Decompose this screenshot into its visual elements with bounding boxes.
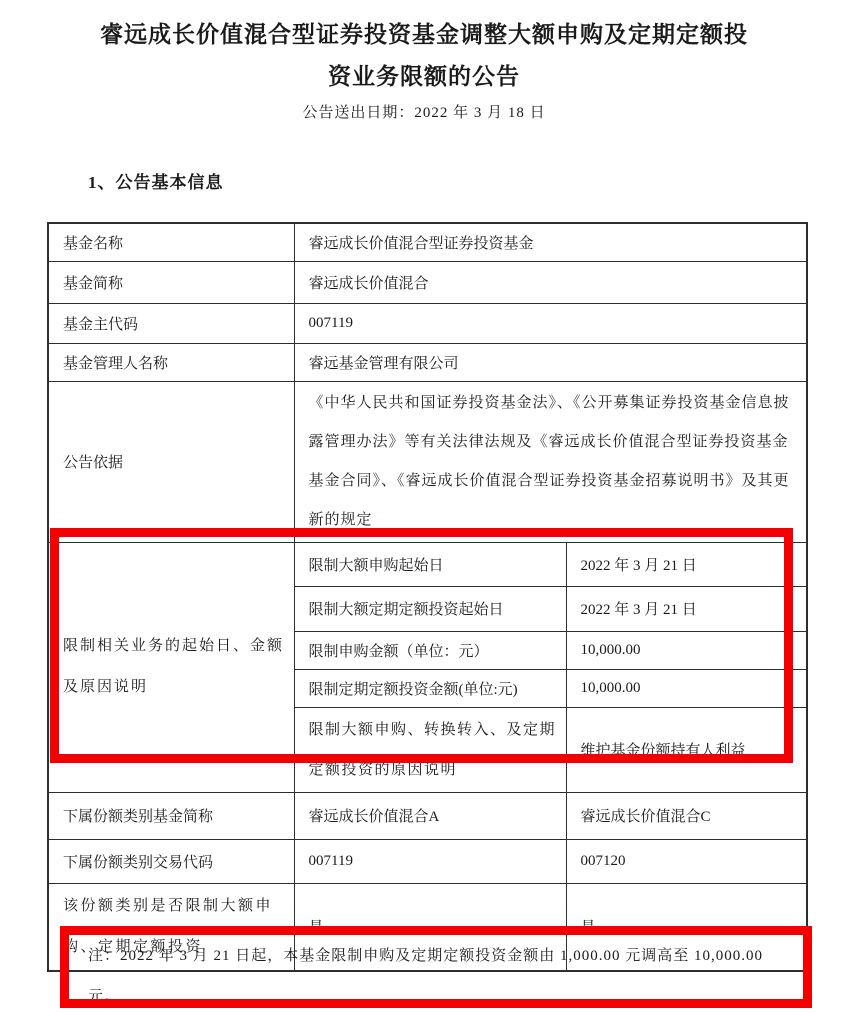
fund-short-name-value: 睿远成长价值混合 bbox=[294, 261, 807, 303]
restriction-purchase-amount-value: 10,000.00 bbox=[566, 631, 807, 669]
table-row-fund-short-name: 基金简称 睿远成长价值混合 bbox=[48, 261, 807, 303]
restriction-aip-amount-value: 10,000.00 bbox=[566, 669, 807, 707]
restriction-group-label: 限制相关业务的起始日、金额及原因说明 bbox=[48, 542, 294, 792]
share-class-a-trade-code: 007119 bbox=[294, 839, 566, 883]
table-row-fund-name: 基金名称 睿远成长价值混合型证券投资基金 bbox=[48, 223, 807, 261]
share-class-c-trade-code: 007120 bbox=[566, 839, 807, 883]
section-heading-basic-info: 1、公告基本信息 bbox=[88, 168, 224, 193]
fund-short-name-label: 基金简称 bbox=[48, 261, 294, 303]
announcement-basis-label: 公告依据 bbox=[48, 381, 294, 542]
share-class-short-name-label: 下属份额类别基金简称 bbox=[48, 792, 294, 839]
fund-name-label: 基金名称 bbox=[48, 223, 294, 261]
restriction-reason-label: 限制大额申购、转换转入、及定期定额投资的原因说明 bbox=[294, 707, 566, 792]
table-row-fund-manager: 基金管理人名称 睿远基金管理有限公司 bbox=[48, 343, 807, 381]
restriction-aip-amount-label: 限制定期定额投资金额(单位:元) bbox=[294, 669, 566, 707]
table-row-fund-main-code: 基金主代码 007119 bbox=[48, 303, 807, 343]
adjustment-note: 注：2022 年 3 月 21 日起，本基金限制申购及定期定额投资金额由 1,0… bbox=[88, 936, 790, 1013]
share-class-trade-code-label: 下属份额类别交易代码 bbox=[48, 839, 294, 883]
fund-name-value: 睿远成长价值混合型证券投资基金 bbox=[294, 223, 807, 261]
table-row-share-class-trade-code: 下属份额类别交易代码 007119 007120 bbox=[48, 839, 807, 883]
share-class-c-short-name: 睿远成长价值混合C bbox=[566, 792, 807, 839]
document-title-line1: 睿远成长价值混合型证券投资基金调整大额申购及定期定额投 bbox=[0, 16, 848, 49]
fund-manager-value: 睿远基金管理有限公司 bbox=[294, 343, 807, 381]
restriction-purchase-amount-label: 限制申购金额（单位：元） bbox=[294, 631, 566, 669]
restriction-reason-value: 维护基金份额持有人利益 bbox=[566, 707, 807, 792]
announcement-date-line: 公告送出日期：2022 年 3 月 18 日 bbox=[0, 101, 848, 122]
fund-manager-label: 基金管理人名称 bbox=[48, 343, 294, 381]
restriction-aip-start-label: 限制大额定期定额投资起始日 bbox=[294, 586, 566, 631]
table-row-announcement-basis: 公告依据 《中华人民共和国证券投资基金法》、《公开募集证券投资基金信息披露管理办… bbox=[48, 381, 807, 542]
restriction-purchase-start-value: 2022 年 3 月 21 日 bbox=[566, 542, 807, 586]
table-row-share-class-short-name: 下属份额类别基金简称 睿远成长价值混合A 睿远成长价值混合C bbox=[48, 792, 807, 839]
table-row-restriction-purchase-start: 限制相关业务的起始日、金额及原因说明 限制大额申购起始日 2022 年 3 月 … bbox=[48, 542, 807, 586]
announcement-document: 睿远成长价值混合型证券投资基金调整大额申购及定期定额投 资业务限额的公告 公告送… bbox=[0, 0, 848, 1013]
restriction-aip-start-value: 2022 年 3 月 21 日 bbox=[566, 586, 807, 631]
restriction-purchase-start-label: 限制大额申购起始日 bbox=[294, 542, 566, 586]
fund-main-code-value: 007119 bbox=[294, 303, 807, 343]
fund-main-code-label: 基金主代码 bbox=[48, 303, 294, 343]
fund-info-table: 基金名称 睿远成长价值混合型证券投资基金 基金简称 睿远成长价值混合 基金主代码… bbox=[47, 222, 808, 972]
document-title-line2: 资业务限额的公告 bbox=[0, 58, 848, 91]
share-class-a-short-name: 睿远成长价值混合A bbox=[294, 792, 566, 839]
announcement-basis-value: 《中华人民共和国证券投资基金法》、《公开募集证券投资基金信息披露管理办法》等有关… bbox=[294, 381, 807, 542]
